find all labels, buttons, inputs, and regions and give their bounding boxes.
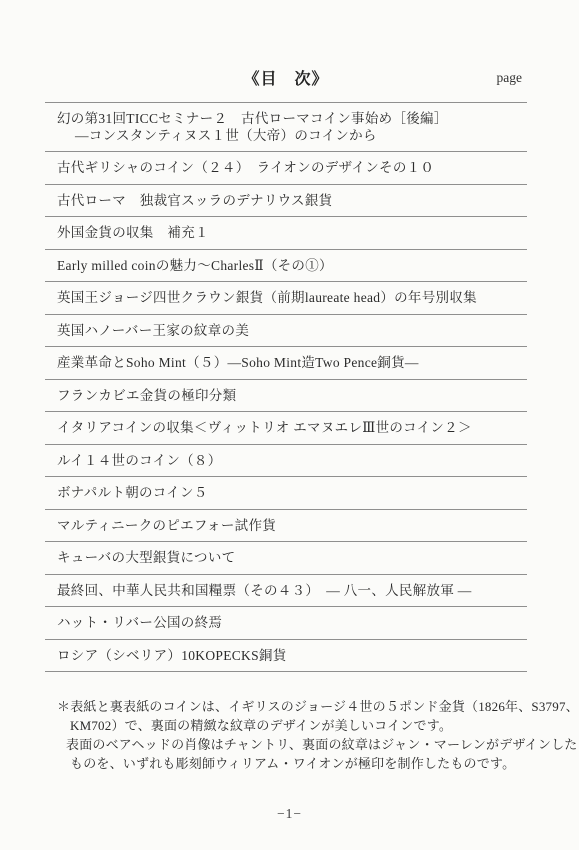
toc-entry: 古代ギリシャのコイン（２４） ライオンのデザインその１０ bbox=[45, 151, 527, 184]
page-number: −1− bbox=[0, 806, 579, 822]
toc-entry: 古代ローマ 独裁官スッラのデナリウス銀貨 bbox=[45, 184, 527, 217]
toc-entry: ロシア（シベリア）10KOPECKS銅貨 bbox=[45, 639, 527, 673]
toc-entry-line: ハット・リバー公国の終焉 bbox=[57, 615, 527, 632]
toc-entry: キューバの大型銀貨について bbox=[45, 541, 527, 574]
toc-entry: 英国ハノーバー王家の紋章の美 bbox=[45, 314, 527, 347]
toc-entry-line: ルイ１４世のコイン（８） bbox=[57, 453, 527, 470]
toc-entry-line: ―コンスタンティヌス１世（大帝）のコインから bbox=[57, 128, 527, 145]
toc-entry: 産業革命とSoho Mint（５）―Soho Mint造Two Pence銅貨― bbox=[45, 346, 527, 379]
page-title: 《目 次》 bbox=[45, 66, 527, 89]
toc-entry: Early milled coinの魅力～CharlesⅡ（その①） bbox=[45, 249, 527, 282]
footnote-line: ものを、いずれも彫刻師ウィリアム・ワイオンが極印を制作したものです。 bbox=[57, 754, 537, 773]
toc-entry-line: フランカビエ金貨の極印分類 bbox=[57, 388, 527, 405]
scanned-page: 《目 次》 page 幻の第31回TICCセミナー２ 古代ローマコイン事始め［後… bbox=[0, 0, 579, 850]
toc-entry-line: 古代ローマ 独裁官スッラのデナリウス銀貨 bbox=[57, 193, 527, 210]
toc-entry: マルティニークのピエフォー試作貨 bbox=[45, 509, 527, 542]
toc-entry-line: 幻の第31回TICCセミナー２ 古代ローマコイン事始め［後編］ bbox=[57, 111, 527, 128]
toc-entry: 幻の第31回TICCセミナー２ 古代ローマコイン事始め［後編］―コンスタンティヌ… bbox=[45, 102, 527, 151]
footnote-line: 表面のベアヘッドの肖像はチャントリ、裏面の紋章はジャン・マーレンがデザインした bbox=[57, 735, 537, 754]
toc-entry: 最終回、中華人民共和国糧票（その４３） ― 八一、人民解放軍 ― bbox=[45, 574, 527, 607]
footnote-line: KM702）で、裏面の精緻な紋章のデザインが美しいコインです。 bbox=[57, 716, 537, 735]
toc-entry-line: Early milled coinの魅力～CharlesⅡ（その①） bbox=[57, 258, 527, 275]
toc-entry-line: 産業革命とSoho Mint（５）―Soho Mint造Two Pence銅貨― bbox=[57, 355, 527, 372]
toc-entry-line: 英国ハノーバー王家の紋章の美 bbox=[57, 323, 527, 340]
toc-entry: 外国金貨の収集 補充１ bbox=[45, 216, 527, 249]
toc-entry-line: ロシア（シベリア）10KOPECKS銅貨 bbox=[57, 648, 527, 665]
toc-entry: フランカビエ金貨の極印分類 bbox=[45, 379, 527, 412]
toc-header: 《目 次》 page bbox=[45, 66, 527, 96]
toc-entry-line: 最終回、中華人民共和国糧票（その４３） ― 八一、人民解放軍 ― bbox=[57, 583, 527, 600]
toc-entry: イタリアコインの収集＜ヴィットリオ エマヌエレⅢ世のコイン２＞ bbox=[45, 411, 527, 444]
toc-entry-line: キューバの大型銀貨について bbox=[57, 550, 527, 567]
toc-entry: 英国王ジョージ四世クラウン銀貨（前期laureate head）の年号別収集 bbox=[45, 281, 527, 314]
toc-list: 幻の第31回TICCセミナー２ 古代ローマコイン事始め［後編］―コンスタンティヌ… bbox=[45, 102, 527, 672]
toc-entry-line: 古代ギリシャのコイン（２４） ライオンのデザインその１０ bbox=[57, 160, 527, 177]
footnote: ＊表紙と裏表紙のコインは、イギリスのジョージ４世の５ポンド金貨（1826年、S3… bbox=[57, 697, 537, 773]
toc-entry-line: 外国金貨の収集 補充１ bbox=[57, 225, 527, 242]
toc-entry-line: 英国王ジョージ四世クラウン銀貨（前期laureate head）の年号別収集 bbox=[57, 290, 527, 307]
toc-entry: ハット・リバー公国の終焉 bbox=[45, 606, 527, 639]
toc-entry-line: イタリアコインの収集＜ヴィットリオ エマヌエレⅢ世のコイン２＞ bbox=[57, 420, 527, 437]
toc-entry-line: ボナパルト朝のコイン５ bbox=[57, 485, 527, 502]
footnote-line: ＊表紙と裏表紙のコインは、イギリスのジョージ４世の５ポンド金貨（1826年、S3… bbox=[57, 697, 537, 716]
page-column-label: page bbox=[497, 70, 522, 86]
toc-entry-line: マルティニークのピエフォー試作貨 bbox=[57, 518, 527, 535]
toc-entry: ボナパルト朝のコイン５ bbox=[45, 476, 527, 509]
toc-entry: ルイ１４世のコイン（８） bbox=[45, 444, 527, 477]
